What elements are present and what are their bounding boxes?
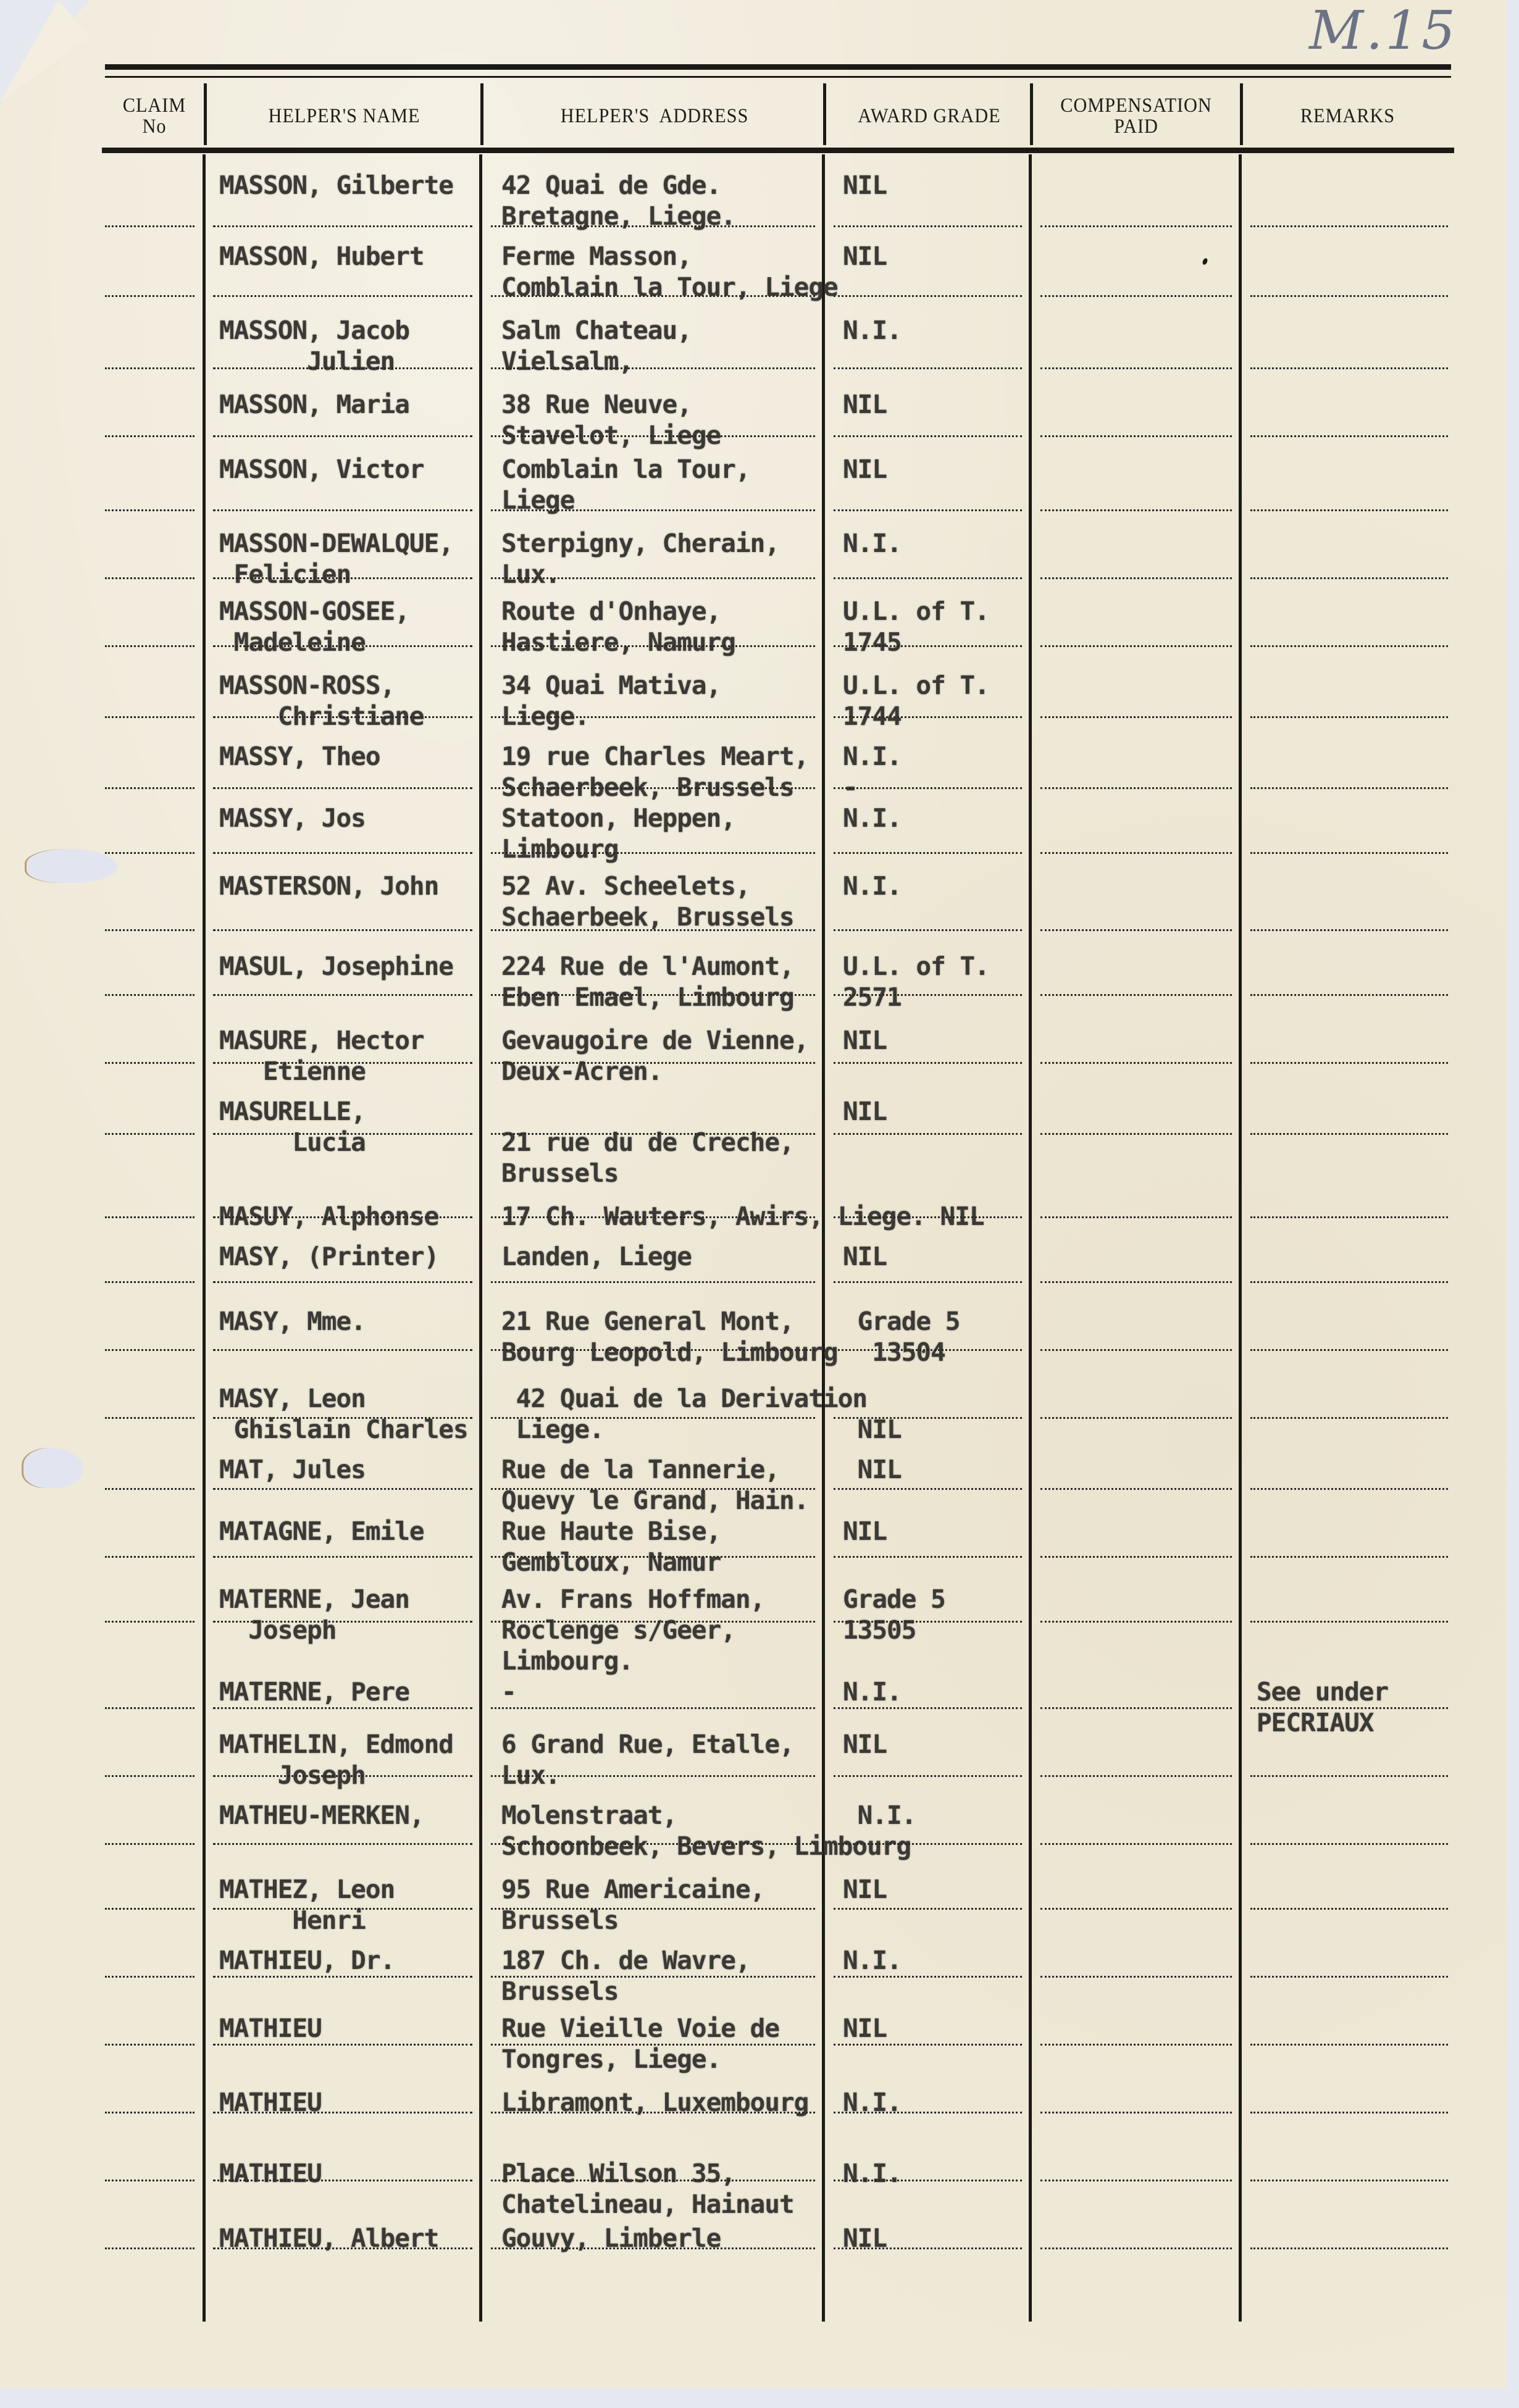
dotted-row-rule bbox=[1250, 225, 1448, 227]
dotted-row-rule bbox=[213, 367, 472, 369]
dotted-row-rule bbox=[213, 716, 472, 718]
dotted-row-rule bbox=[213, 1707, 472, 1709]
helper-name: MASSON, Hubert bbox=[219, 241, 424, 272]
award-grade: U.L. of T. 1744 bbox=[843, 670, 989, 732]
dotted-row-rule bbox=[213, 577, 472, 579]
dotted-row-rule bbox=[834, 2112, 1022, 2113]
dotted-row-rule bbox=[105, 852, 195, 854]
award-grade: N.I. bbox=[843, 1676, 902, 1707]
dotted-row-rule bbox=[105, 1281, 195, 1283]
dotted-row-rule bbox=[491, 1908, 815, 1910]
dotted-row-rule bbox=[491, 1349, 815, 1351]
dotted-row-rule bbox=[1040, 1908, 1232, 1910]
dotted-row-rule bbox=[213, 1556, 472, 1558]
dotted-row-rule bbox=[105, 509, 195, 511]
dotted-row-rule bbox=[1250, 1976, 1448, 1978]
helper-name: MASUL, Josephine bbox=[219, 951, 453, 982]
dotted-row-rule bbox=[105, 994, 195, 996]
dotted-row-rule bbox=[834, 1281, 1022, 1283]
dotted-row-rule bbox=[1250, 435, 1448, 437]
dotted-row-rule bbox=[834, 435, 1022, 437]
dotted-row-rule bbox=[491, 509, 815, 511]
dotted-row-rule bbox=[834, 1133, 1022, 1135]
award-grade: N.I. bbox=[843, 1800, 916, 1831]
dotted-row-rule bbox=[105, 2044, 195, 2046]
dotted-row-rule bbox=[1040, 852, 1232, 854]
helper-address: Ferme Masson, Comblain la Tour, Liege bbox=[501, 241, 838, 303]
dotted-row-rule bbox=[105, 1775, 195, 1777]
award-grade: N.I. bbox=[843, 803, 902, 834]
dotted-row-rule bbox=[491, 225, 815, 227]
dotted-row-rule bbox=[491, 2044, 815, 2046]
dotted-row-rule bbox=[1250, 509, 1448, 511]
helper-name: MASSON, Maria bbox=[219, 389, 409, 420]
helper-address: 38 Rue Neuve, Stavelot, Liege bbox=[501, 389, 721, 451]
column-divider bbox=[1029, 154, 1032, 2322]
helper-name: MATHEZ, Leon Henri bbox=[219, 1874, 395, 1936]
dotted-row-rule bbox=[1040, 225, 1232, 227]
award-grade: U.L. of T. 2571 bbox=[843, 951, 989, 1013]
dotted-row-rule bbox=[1040, 1843, 1232, 1845]
dotted-row-rule bbox=[105, 1216, 195, 1218]
dotted-row-rule bbox=[1040, 1133, 1232, 1135]
dotted-row-rule bbox=[1250, 1488, 1448, 1490]
column-header-claim-no: CLAIM No bbox=[109, 86, 199, 145]
dotted-row-rule bbox=[1250, 2180, 1448, 2181]
header-column-divider bbox=[480, 83, 483, 145]
dotted-row-rule bbox=[213, 2112, 472, 2113]
helper-name: MATHIEU bbox=[219, 2158, 322, 2189]
helper-name: MASSON, Gilberte bbox=[219, 170, 453, 201]
helper-address: 42 Quai de la Derivation Liege. bbox=[501, 1383, 867, 1445]
dotted-row-rule bbox=[834, 1621, 1022, 1623]
dotted-row-rule bbox=[105, 1488, 195, 1490]
dotted-row-rule bbox=[105, 1349, 195, 1351]
dotted-row-rule bbox=[491, 1488, 815, 1490]
punch-hole-upper bbox=[25, 849, 117, 883]
dotted-row-rule bbox=[1250, 716, 1448, 718]
dotted-row-rule bbox=[1250, 295, 1448, 297]
dotted-row-rule bbox=[1040, 2112, 1232, 2113]
dotted-row-rule bbox=[834, 787, 1022, 789]
column-header-name: HELPER'S NAME bbox=[218, 86, 471, 145]
dotted-row-rule bbox=[1040, 2180, 1232, 2181]
dotted-row-rule bbox=[1040, 2044, 1232, 2046]
dotted-row-rule bbox=[1250, 787, 1448, 789]
dotted-row-rule bbox=[834, 509, 1022, 511]
dotted-row-rule bbox=[105, 645, 195, 647]
dotted-row-rule bbox=[1040, 435, 1232, 437]
award-grade: NIL bbox=[843, 2013, 887, 2044]
helper-address: Sterpigny, Cherain, Lux. bbox=[501, 528, 779, 590]
helper-name: MATHEU-MERKEN, bbox=[219, 1800, 424, 1831]
header-column-divider bbox=[1030, 83, 1033, 145]
award-grade: NIL bbox=[843, 241, 887, 272]
award-grade: NIL bbox=[843, 1729, 887, 1760]
dotted-row-rule bbox=[213, 225, 472, 227]
dotted-row-rule bbox=[491, 1133, 815, 1135]
dotted-row-rule bbox=[213, 645, 472, 647]
dotted-row-rule bbox=[1250, 994, 1448, 996]
dotted-row-rule bbox=[1250, 1775, 1448, 1777]
header-column-divider bbox=[204, 83, 207, 145]
dotted-row-rule bbox=[1040, 1417, 1232, 1419]
award-grade: N.I. bbox=[843, 528, 902, 559]
helper-name: MASSY, Theo bbox=[219, 741, 380, 772]
dotted-row-rule bbox=[105, 716, 195, 718]
dotted-row-rule bbox=[1250, 1843, 1448, 1845]
dotted-row-rule bbox=[834, 1349, 1022, 1351]
header-column-divider bbox=[1240, 83, 1243, 145]
dotted-row-rule bbox=[213, 1349, 472, 1351]
dotted-row-rule bbox=[834, 1216, 1022, 1218]
dotted-row-rule bbox=[834, 2180, 1022, 2181]
dotted-row-rule bbox=[213, 1976, 472, 1978]
dotted-row-rule bbox=[213, 1775, 472, 1777]
dotted-row-rule bbox=[105, 367, 195, 369]
dotted-row-rule bbox=[105, 1621, 195, 1623]
dotted-row-rule bbox=[491, 1417, 815, 1419]
dotted-row-rule bbox=[105, 2180, 195, 2181]
dotted-row-rule bbox=[213, 1908, 472, 1910]
dotted-row-rule bbox=[491, 1621, 815, 1623]
dotted-row-rule bbox=[1040, 509, 1232, 511]
helper-address: Av. Frans Hoffman, Roclenge s/Geer, Limb… bbox=[501, 1584, 764, 1676]
dotted-row-rule bbox=[213, 435, 472, 437]
helper-address: 6 Grand Rue, Etalle, Lux. bbox=[501, 1729, 794, 1791]
dotted-row-rule bbox=[213, 787, 472, 789]
award-grade: N.I. bbox=[843, 2158, 902, 2189]
helper-name: MASSY, Jos bbox=[219, 803, 366, 834]
dotted-row-rule bbox=[213, 2247, 472, 2249]
dotted-row-rule bbox=[105, 2112, 195, 2113]
header-top-thick-rule bbox=[105, 64, 1451, 70]
dotted-row-rule bbox=[213, 1281, 472, 1283]
dotted-row-rule bbox=[213, 1062, 472, 1064]
dotted-row-rule bbox=[1040, 994, 1232, 996]
dotted-row-rule bbox=[834, 1775, 1022, 1777]
dotted-row-rule bbox=[834, 929, 1022, 931]
dotted-row-rule bbox=[213, 994, 472, 996]
dotted-row-rule bbox=[1040, 1488, 1232, 1490]
helper-address: Statoon, Heppen, Limbourg bbox=[501, 803, 735, 864]
dotted-row-rule bbox=[105, 2247, 195, 2249]
dotted-row-rule bbox=[1040, 2247, 1232, 2249]
dotted-row-rule bbox=[834, 1488, 1022, 1490]
helper-name: MASSON-ROSS, Christiane bbox=[219, 670, 424, 732]
dotted-row-rule bbox=[1040, 1556, 1232, 1558]
dotted-row-rule bbox=[491, 577, 815, 579]
dotted-row-rule bbox=[1040, 645, 1232, 647]
helper-address: 21 rue du de Creche, Brussels bbox=[501, 1096, 794, 1189]
dotted-row-rule bbox=[105, 225, 195, 227]
dotted-row-rule bbox=[834, 1976, 1022, 1978]
dotted-row-rule bbox=[1250, 1707, 1448, 1709]
dotted-row-rule bbox=[834, 225, 1022, 227]
dotted-row-rule bbox=[213, 1417, 472, 1419]
helper-address: Rue de la Tannerie, Quevy le Grand, Hain… bbox=[501, 1454, 808, 1516]
dotted-row-rule bbox=[1250, 1216, 1448, 1218]
dotted-row-rule bbox=[105, 1062, 195, 1064]
dotted-row-rule bbox=[834, 2247, 1022, 2249]
dotted-row-rule bbox=[834, 295, 1022, 297]
dotted-row-rule bbox=[105, 1976, 195, 1978]
column-divider bbox=[203, 154, 206, 2322]
dotted-row-rule bbox=[213, 1216, 472, 1218]
dotted-row-rule bbox=[105, 1556, 195, 1558]
award-grade: Grade 5 13504 bbox=[843, 1306, 960, 1368]
dotted-row-rule bbox=[1250, 1621, 1448, 1623]
dotted-row-rule bbox=[491, 994, 815, 996]
punch-hole-lower bbox=[22, 1448, 83, 1488]
column-divider bbox=[822, 154, 825, 2322]
helper-address: Rue Haute Bise, Gembloux, Namur bbox=[501, 1516, 721, 1578]
helper-address: 21 Rue General Mont, Bourg Leopold, Limb… bbox=[501, 1306, 838, 1368]
dotted-row-rule bbox=[491, 1976, 815, 1978]
column-header-address: HELPER'S ADDRESS bbox=[498, 86, 811, 145]
helper-name: MASY, Leon Ghislain Charles bbox=[219, 1383, 468, 1445]
dotted-row-rule bbox=[1250, 2112, 1448, 2113]
helper-name: MASURELLE, Lucia bbox=[219, 1096, 366, 1158]
helper-name: MATHIEU bbox=[219, 2013, 322, 2044]
dotted-row-rule bbox=[491, 1216, 815, 1218]
helper-address: 95 Rue Americaine, Brussels bbox=[501, 1874, 764, 1936]
dotted-row-rule bbox=[1250, 852, 1448, 854]
helper-address: 224 Rue de l'Aumont, Eben Emael, Limbour… bbox=[501, 951, 794, 1013]
header-bottom-thick-rule bbox=[102, 148, 1454, 153]
helper-name: MASY, (Printer) bbox=[219, 1241, 438, 1272]
dotted-row-rule bbox=[834, 1417, 1022, 1419]
dotted-row-rule bbox=[834, 852, 1022, 854]
award-grade: NIL bbox=[843, 1096, 887, 1127]
dotted-row-rule bbox=[213, 1133, 472, 1135]
dotted-row-rule bbox=[213, 929, 472, 931]
helper-name: MATAGNE, Emile bbox=[219, 1516, 424, 1547]
helper-name: MAT, Jules bbox=[219, 1454, 366, 1485]
dotted-row-rule bbox=[834, 645, 1022, 647]
dotted-row-rule bbox=[1250, 1281, 1448, 1283]
award-grade: NIL bbox=[843, 1516, 887, 1547]
award-grade: NIL bbox=[843, 454, 887, 485]
dotted-row-rule bbox=[1040, 1976, 1232, 1978]
dotted-row-rule bbox=[491, 852, 815, 854]
dotted-row-rule bbox=[491, 1707, 815, 1709]
helper-name: MASTERSON, John bbox=[219, 871, 438, 901]
dotted-row-rule bbox=[213, 295, 472, 297]
dotted-row-rule bbox=[213, 2180, 472, 2181]
dotted-row-rule bbox=[491, 2247, 815, 2249]
dotted-row-rule bbox=[1250, 367, 1448, 369]
dotted-row-rule bbox=[491, 1556, 815, 1558]
helper-address: - bbox=[501, 1676, 516, 1707]
award-grade: NIL bbox=[843, 1454, 902, 1485]
dotted-row-rule bbox=[1250, 1062, 1448, 1064]
dotted-row-rule bbox=[105, 1133, 195, 1135]
dotted-row-rule bbox=[491, 716, 815, 718]
dotted-row-rule bbox=[1040, 787, 1232, 789]
dotted-row-rule bbox=[1250, 1133, 1448, 1135]
dotted-row-rule bbox=[1040, 1349, 1232, 1351]
helper-name: MATHELIN, Edmond Joseph bbox=[219, 1729, 453, 1791]
column-divider bbox=[479, 154, 482, 2322]
helper-address: 34 Quai Mativa, Liege. bbox=[501, 670, 721, 732]
dotted-row-rule bbox=[1040, 1062, 1232, 1064]
helper-name: MATERNE, Jean Joseph bbox=[219, 1584, 409, 1645]
dotted-row-rule bbox=[834, 1843, 1022, 1845]
award-grade: N.I. bbox=[843, 1945, 902, 1976]
dotted-row-rule bbox=[1250, 1556, 1448, 1558]
header-column-divider bbox=[823, 83, 826, 145]
dotted-row-rule bbox=[834, 2044, 1022, 2046]
ink-speck bbox=[1202, 257, 1208, 265]
helper-address: Comblain la Tour, Liege bbox=[501, 454, 750, 516]
dotted-row-rule bbox=[1040, 295, 1232, 297]
dotted-row-rule bbox=[105, 787, 195, 789]
dotted-row-rule bbox=[105, 1908, 195, 1910]
helper-address: Landen, Liege bbox=[501, 1241, 692, 1272]
helper-address: 19 rue Charles Meart, Schaerbeek, Brusse… bbox=[501, 741, 808, 803]
award-grade: N.I. bbox=[843, 871, 902, 901]
dotted-row-rule bbox=[105, 929, 195, 931]
dotted-row-rule bbox=[491, 2112, 815, 2113]
dotted-row-rule bbox=[491, 2180, 815, 2181]
helper-address: Place Wilson 35, Chatelineau, Hainaut bbox=[501, 2158, 794, 2220]
dotted-row-rule bbox=[105, 1417, 195, 1419]
dotted-row-rule bbox=[1250, 929, 1448, 931]
dotted-row-rule bbox=[491, 1281, 815, 1283]
award-grade: NIL bbox=[843, 389, 887, 420]
dotted-row-rule bbox=[834, 1556, 1022, 1558]
dotted-row-rule bbox=[834, 1707, 1022, 1709]
dotted-row-rule bbox=[213, 852, 472, 854]
helper-address: Gevaugoire de Vienne, Deux-Acren. bbox=[501, 1025, 808, 1087]
award-grade: NIL bbox=[843, 1025, 887, 1056]
dotted-row-rule bbox=[105, 1843, 195, 1845]
dotted-row-rule bbox=[1040, 577, 1232, 579]
dotted-row-rule bbox=[491, 1775, 815, 1777]
reference-mark: M.15 bbox=[1309, 0, 1458, 62]
dotted-row-rule bbox=[213, 1488, 472, 1490]
helper-name: MASURE, Hector Etienne bbox=[219, 1025, 424, 1087]
dotted-row-rule bbox=[213, 2044, 472, 2046]
column-header-compensation: COMPENSATION PAID bbox=[1042, 86, 1230, 145]
dotted-row-rule bbox=[491, 1843, 815, 1845]
award-grade: NIL bbox=[843, 1383, 902, 1445]
helper-name: MASSON, Victor bbox=[219, 454, 424, 485]
dotted-row-rule bbox=[491, 787, 815, 789]
helper-address: 42 Quai de Gde. Bretagne, Liege. bbox=[501, 170, 735, 232]
dotted-row-rule bbox=[1250, 645, 1448, 647]
dotted-row-rule bbox=[834, 577, 1022, 579]
dotted-row-rule bbox=[1040, 1281, 1232, 1283]
dotted-row-rule bbox=[491, 367, 815, 369]
dotted-row-rule bbox=[834, 716, 1022, 718]
helper-address: 52 Av. Scheelets, Schaerbeek, Brussels bbox=[501, 871, 794, 932]
helper-name: MATERNE, Pere bbox=[219, 1676, 409, 1707]
dotted-row-rule bbox=[1250, 1417, 1448, 1419]
dotted-row-rule bbox=[213, 1621, 472, 1623]
dotted-row-rule bbox=[491, 435, 815, 437]
column-header-remarks: REMARKS bbox=[1252, 86, 1442, 145]
dotted-row-rule bbox=[213, 509, 472, 511]
award-grade: NIL bbox=[843, 1874, 887, 1905]
dotted-row-rule bbox=[1040, 716, 1232, 718]
dotted-row-rule bbox=[1040, 929, 1232, 931]
dotted-row-rule bbox=[1250, 2247, 1448, 2249]
dotted-row-rule bbox=[1250, 1908, 1448, 1910]
dotted-row-rule bbox=[105, 435, 195, 437]
award-grade: U.L. of T. 1745 bbox=[843, 596, 989, 658]
dotted-row-rule bbox=[491, 295, 815, 297]
column-header-grade: AWARD GRADE bbox=[835, 86, 1023, 145]
dotted-row-rule bbox=[213, 1843, 472, 1845]
helper-address: Route d'Onhaye, Hastiere, Namurg bbox=[501, 596, 735, 658]
dotted-row-rule bbox=[1040, 1216, 1232, 1218]
dotted-row-rule bbox=[1250, 2044, 1448, 2046]
award-grade: NIL bbox=[843, 1241, 887, 1272]
helper-name: MATHIEU, Dr. bbox=[219, 1945, 395, 1976]
award-grade: N.I. bbox=[843, 315, 902, 346]
dotted-row-rule bbox=[105, 295, 195, 297]
document-page: M.15 CLAIM NoHELPER'S NAMEHELPER'S ADDRE… bbox=[0, 0, 1507, 2388]
dotted-row-rule bbox=[1040, 1707, 1232, 1709]
dotted-row-rule bbox=[491, 1062, 815, 1064]
dotted-row-rule bbox=[1250, 1349, 1448, 1351]
helper-name: MASSON-DEWALQUE, Felicien bbox=[219, 528, 453, 590]
award-grade: NIL bbox=[843, 170, 887, 201]
award-grade: Grade 5 13505 bbox=[843, 1584, 945, 1645]
dotted-row-rule bbox=[491, 645, 815, 647]
dotted-row-rule bbox=[834, 994, 1022, 996]
dotted-row-rule bbox=[1040, 1775, 1232, 1777]
dotted-row-rule bbox=[491, 929, 815, 931]
dotted-row-rule bbox=[1250, 577, 1448, 579]
helper-name: MASY, Mme. bbox=[219, 1306, 366, 1337]
dotted-row-rule bbox=[834, 1908, 1022, 1910]
helper-name: MASSON-GOSEE, Madeleine bbox=[219, 596, 409, 658]
dotted-row-rule bbox=[1040, 1621, 1232, 1623]
dotted-row-rule bbox=[105, 1707, 195, 1709]
dotted-row-rule bbox=[834, 367, 1022, 369]
dotted-row-rule bbox=[1040, 367, 1232, 369]
column-divider bbox=[1239, 154, 1242, 2322]
header-top-thin-rule bbox=[105, 76, 1451, 78]
dotted-row-rule bbox=[834, 1062, 1022, 1064]
award-grade: N.I. - bbox=[843, 741, 902, 803]
dotted-row-rule bbox=[105, 577, 195, 579]
